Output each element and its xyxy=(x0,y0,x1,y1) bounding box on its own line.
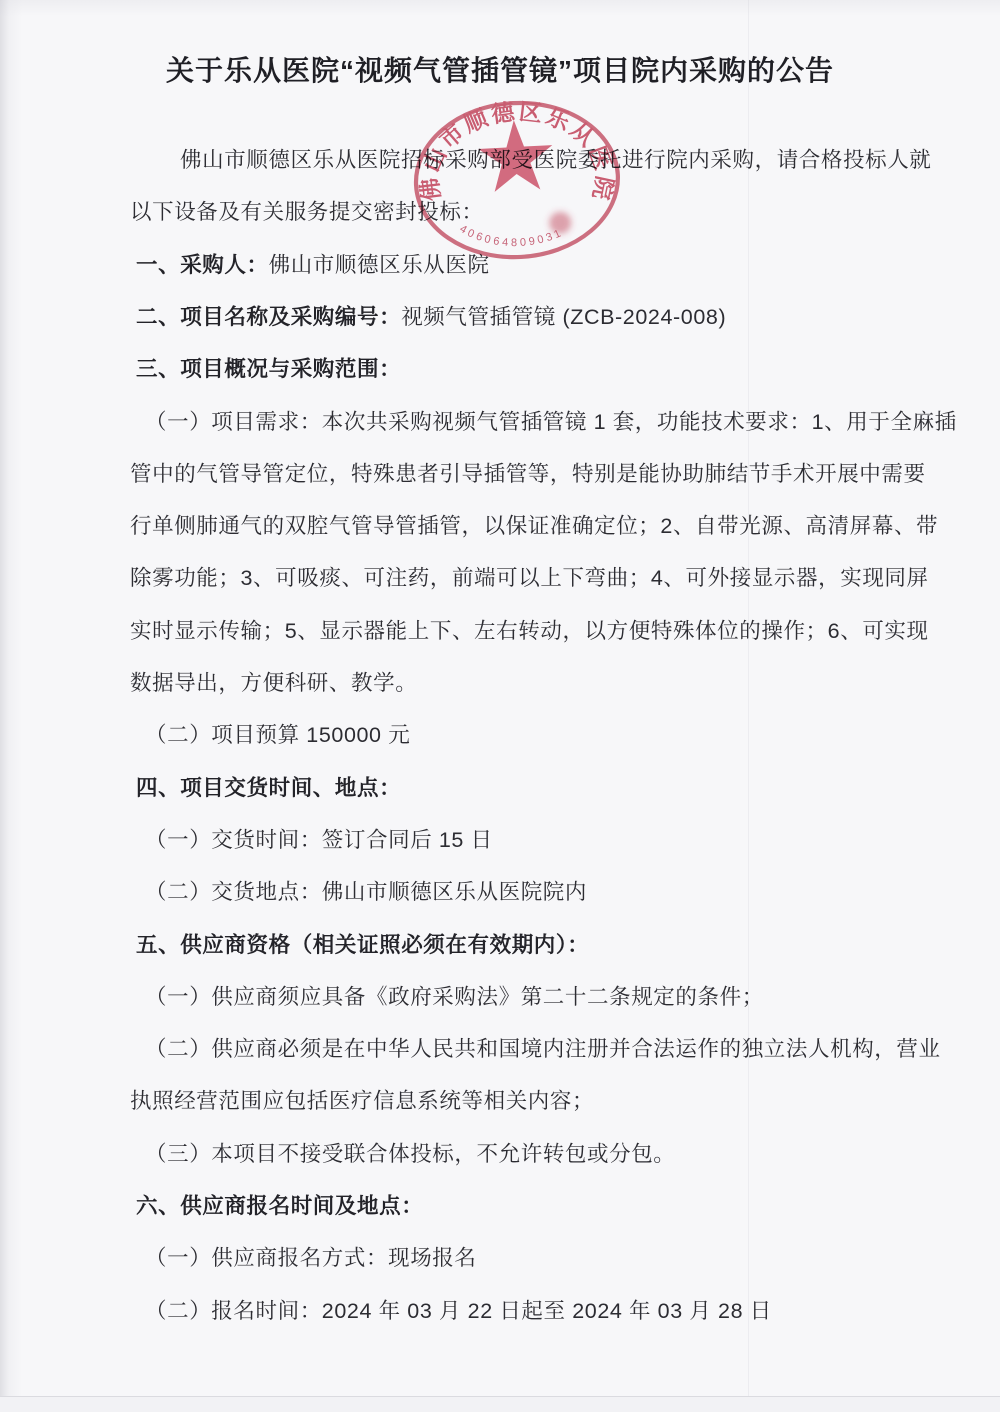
line-text: 行单侧肺通气的双腔气管导管插管，以保证准确定位；2、自带光源、高清屏幕、带 xyxy=(130,514,938,538)
text-line: （一）项目需求：本次共采购视频气管插管镜 1 套，功能技术要求：1、用于全麻插 xyxy=(145,405,957,436)
text-line: （二）供应商必须是在中华人民共和国境内注册并合法运作的独立法人机构，营业 xyxy=(145,1032,941,1063)
text-line: 执照经营范围应包括医疗信息系统等相关内容； xyxy=(130,1084,594,1115)
document-page: 关于乐从医院“视频气管插管镜”项目院内采购的公告 佛山市顺德区乐从医院招标采购部… xyxy=(0,0,1000,1412)
seal-ink-smudge xyxy=(549,211,572,234)
text-line: （一）交货时间：签订合同后 15 日 xyxy=(145,823,493,854)
section-heading: 六、供应商报名时间及地点： xyxy=(136,1194,423,1218)
line-text: （二）报名时间：2024 年 03 月 22 日起至 2024 年 03 月 2… xyxy=(145,1299,772,1323)
line-text: （二）项目预算 150000 元 xyxy=(145,723,410,747)
seal-ring xyxy=(412,98,622,262)
text-line: 数据导出，方便科研、教学。 xyxy=(130,666,417,697)
text-line: 三、项目概况与采购范围： xyxy=(136,352,401,383)
line-text: 除雾功能；3、可吸痰、可注药，前端可以上下弯曲；4、可外接显示器，实现同屏 xyxy=(130,566,929,590)
line-text: 管中的气管导管定位，特殊患者引导插管等，特别是能协助肺结节手术开展中需要 xyxy=(130,462,926,486)
section-heading: 一、采购人： xyxy=(136,253,269,277)
line-text: 佛山市顺德区乐从医院 xyxy=(269,253,490,277)
text-line: 一、采购人：佛山市顺德区乐从医院 xyxy=(136,248,490,279)
text-line: 实时显示传输；5、显示器能上下、左右转动，以方便特殊体位的操作；6、可实现 xyxy=(130,614,929,645)
section-heading: 五、供应商资格（相关证照必须在有效期内）： xyxy=(136,933,589,957)
text-line: 四、项目交货时间、地点： xyxy=(136,771,401,802)
line-text: 视频气管插管镜 (ZCB-2024-008) xyxy=(401,305,726,329)
text-line: （二）报名时间：2024 年 03 月 22 日起至 2024 年 03 月 2… xyxy=(145,1294,772,1325)
text-line: （一）供应商报名方式：现场报名 xyxy=(145,1241,477,1272)
text-line: 佛山市顺德区乐从医院招标采购部受医院委托进行院内采购，请合格投标人就 xyxy=(180,143,931,174)
text-line: 行单侧肺通气的双腔气管导管插管，以保证准确定位；2、自带光源、高清屏幕、带 xyxy=(130,509,938,540)
page-title: 关于乐从医院“视频气管插管镜”项目院内采购的公告 xyxy=(0,49,1000,89)
text-line: （二）交货地点：佛山市顺德区乐从医院院内 xyxy=(145,875,587,906)
line-text: （一）供应商报名方式：现场报名 xyxy=(145,1246,477,1270)
text-line: （二）项目预算 150000 元 xyxy=(145,718,410,749)
line-text: （二）供应商必须是在中华人民共和国境内注册并合法运作的独立法人机构，营业 xyxy=(145,1037,941,1061)
line-text: （二）交货地点：佛山市顺德区乐从医院院内 xyxy=(145,880,587,904)
line-text: 数据导出，方便科研、教学。 xyxy=(130,671,417,695)
text-line: 管中的气管导管定位，特殊患者引导插管等，特别是能协助肺结节手术开展中需要 xyxy=(130,457,926,488)
text-line: 六、供应商报名时间及地点： xyxy=(136,1189,423,1220)
section-heading: 三、项目概况与采购范围： xyxy=(136,357,401,381)
text-line: 除雾功能；3、可吸痰、可注药，前端可以上下弯曲；4、可外接显示器，实现同屏 xyxy=(130,561,929,592)
line-text: 执照经营范围应包括医疗信息系统等相关内容； xyxy=(130,1089,594,1113)
line-text: 佛山市顺德区乐从医院招标采购部受医院委托进行院内采购，请合格投标人就 xyxy=(180,148,931,172)
line-text: 实时显示传输；5、显示器能上下、左右转动，以方便特殊体位的操作；6、可实现 xyxy=(130,619,929,643)
line-text: （一）交货时间：签订合同后 15 日 xyxy=(145,828,493,852)
section-heading: 四、项目交货时间、地点： xyxy=(136,776,401,800)
section-heading: 二、项目名称及采购编号： xyxy=(136,305,401,329)
scan-fold-line xyxy=(748,0,749,1396)
text-line: 二、项目名称及采购编号：视频气管插管镜 (ZCB-2024-008) xyxy=(136,300,726,331)
text-line: 以下设备及有关服务提交密封投标： xyxy=(130,195,484,226)
line-text: （一）供应商须应具备《政府采购法》第二十二条规定的条件； xyxy=(145,985,764,1009)
text-line: 五、供应商资格（相关证照必须在有效期内）： xyxy=(136,928,589,959)
line-text: （三）本项目不接受联合体投标，不允许转包或分包。 xyxy=(145,1142,675,1166)
text-line: （一）供应商须应具备《政府采购法》第二十二条规定的条件； xyxy=(145,980,764,1011)
paper-bottom-edge xyxy=(0,1396,1000,1412)
text-line: （三）本项目不接受联合体投标，不允许转包或分包。 xyxy=(145,1137,675,1168)
line-text: （一）项目需求：本次共采购视频气管插管镜 1 套，功能技术要求：1、用于全麻插 xyxy=(145,410,957,434)
line-text: 以下设备及有关服务提交密封投标： xyxy=(130,200,484,224)
